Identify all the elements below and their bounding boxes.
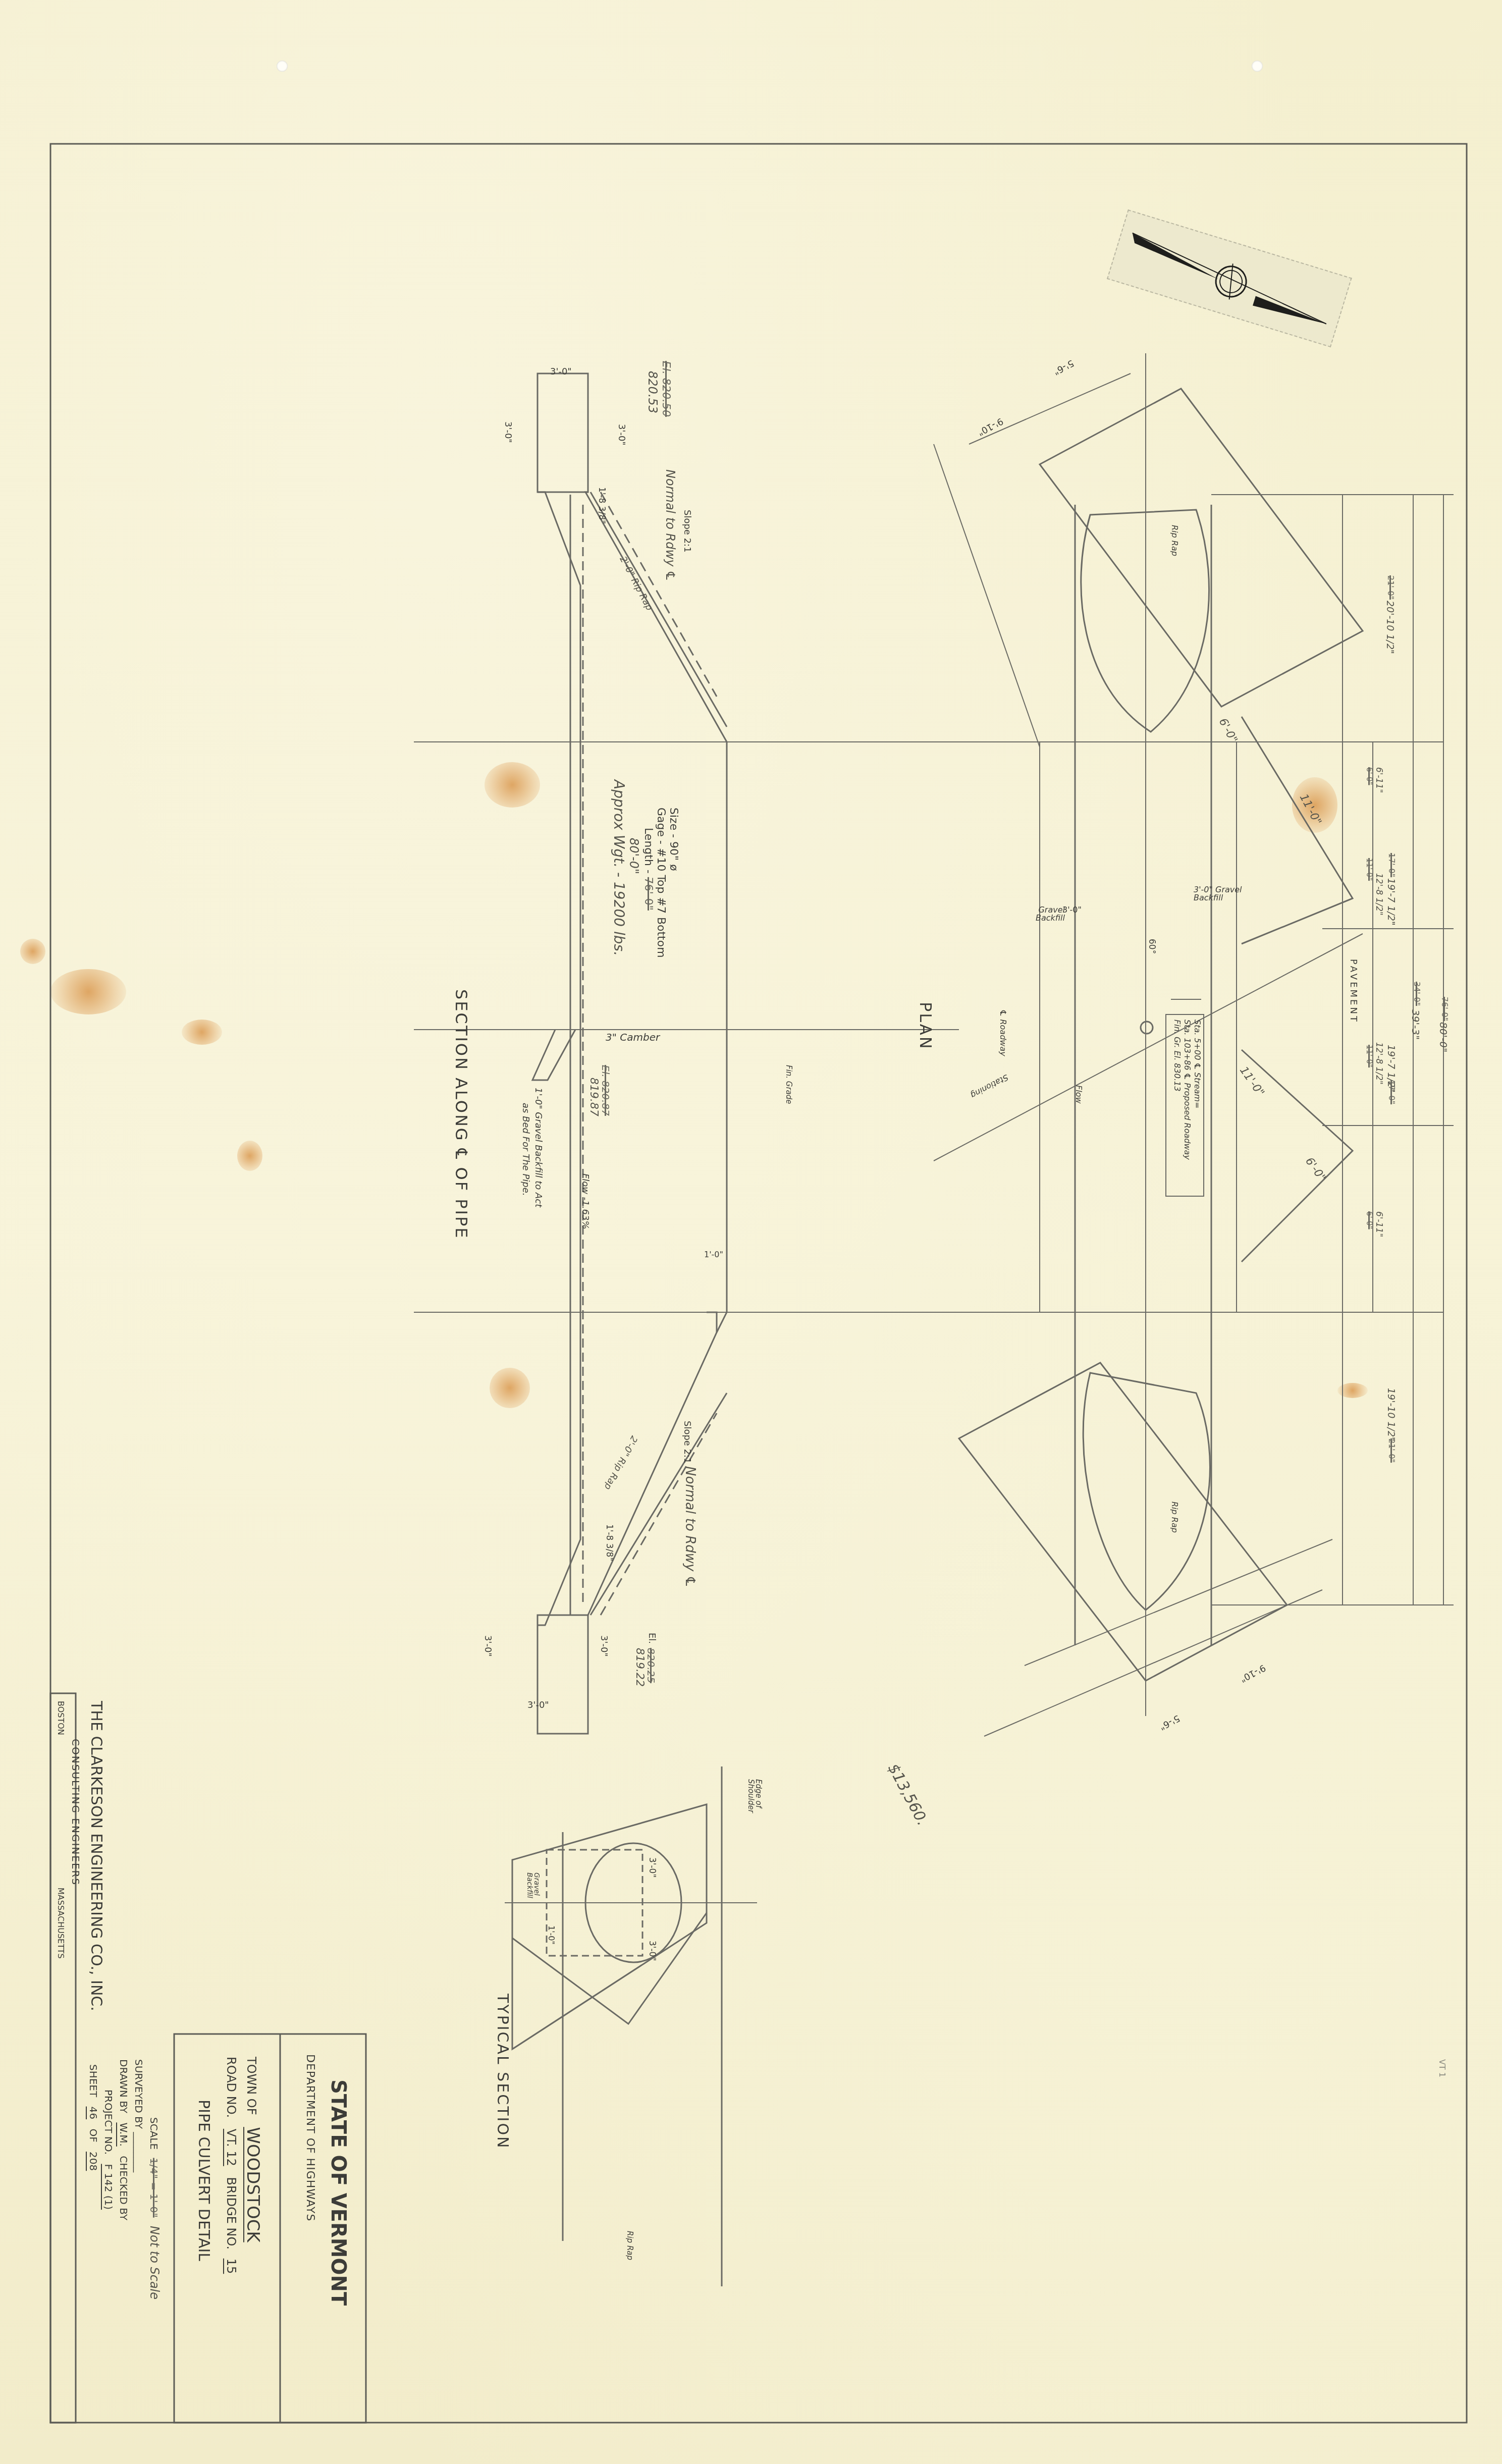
section-top-width-dim: 3'-0" (550, 367, 572, 377)
section-bottom-width-dim: 3'-0" (527, 1701, 549, 1710)
sheet-total: 208 (87, 2152, 99, 2171)
gravel-bed-note-1: 1'-0" Gravel Backfill to Act (533, 1088, 543, 1207)
bridge-label: BRIDGE NO. (224, 2177, 238, 2249)
agency-title: STATE OF VERMONT (328, 2079, 348, 2306)
plan-title: PLAN (918, 1002, 934, 1050)
dim-lane-top: 12'-8 1/2" (1374, 873, 1383, 916)
section-top-elevation-struck: El. 820.50 (660, 361, 671, 417)
drawn-by-label: DRAWN BY (118, 2059, 130, 2113)
dim-end-top-struck: 21'-0" (1386, 575, 1394, 600)
section-slope-bottom-note: Normal to Rdwy ℄ (683, 1466, 696, 1587)
dim-half-top: 19'-7 1/2" (1386, 878, 1396, 926)
drawing-sheet: STATE OF VERMONT DEPARTMENT OF HIGHWAYS … (0, 0, 1502, 2464)
gravel-backfill-right-label: 3'-0" Gravel Backfill (1194, 886, 1249, 902)
pipe-length-value: 80'-0" (628, 838, 640, 874)
mid-elevation-struck: El. 820.87 (601, 1065, 611, 1116)
typical-dim-bottom: 3'-0" (648, 1941, 656, 1961)
gravel-backfill-left-dim: 3'-0" (1062, 906, 1082, 914)
town-value: WOODSTOCK (243, 2127, 263, 2242)
typical-dim-bed: 1'-0" (547, 1925, 555, 1945)
gravel-bed-note-2: as Bed For The Pipe. (521, 1103, 530, 1196)
section-title: SECTION ALONG ℄ OF PIPE (453, 989, 469, 1240)
sheet-value: 46 (87, 2107, 99, 2119)
dim-center: 39'-3" (1411, 1009, 1421, 1040)
section-top-left-height-dim: 3'-0" (503, 421, 512, 443)
surveyed-row: SURVEYED BY ________ (134, 2059, 144, 2172)
typical-gravel-backfill-label: Gravel Backfill (526, 1872, 540, 1908)
gravel-backfill-left-label: Gravel Backfill (1009, 906, 1065, 922)
bottom-elevation-struck: 820.25 (646, 1648, 656, 1683)
pavement-label: PAVEMENT (1349, 959, 1358, 1024)
dim-shoulder-top-struck: 6'-0" (1365, 767, 1373, 785)
dim-lane-top-struck: 11'-0" (1365, 858, 1373, 881)
road-label: ROAD NO. (224, 2057, 238, 2118)
road-value: VT. 12 (224, 2129, 238, 2166)
pipe-length-struck: 76'-0" (642, 877, 655, 910)
section-top-right-height-dim: 3'-0" (617, 424, 626, 446)
typical-section-title: TYPICAL SECTION (495, 1994, 510, 2149)
section-slope-bottom: Slope 2:1 (682, 1421, 691, 1464)
project-value: F 142 (1) (102, 2164, 115, 2210)
sheet-row: SHEET 46 OF 208 (88, 2064, 98, 2171)
firm-name: THE CLARKESON ENGINEERING CO., INC. (88, 1701, 103, 2011)
flow-label: Flow (1075, 1085, 1083, 1104)
dim-shoulder-bottom: 6'-11" (1374, 1211, 1383, 1237)
dim-end-bottom: 19'-10 1/2" (1386, 1388, 1396, 1441)
department-title: DEPARTMENT OF HIGHWAYS (304, 2054, 315, 2222)
typical-rip-rap-label: Rip Rap (626, 2231, 633, 2260)
section-bottom-offset-dim: 1'-8 3/8" (605, 1524, 613, 1561)
pipe-size: Size - 90" ø (668, 808, 679, 871)
project-row: PROJECT NO. F 142 (1) (103, 2090, 114, 2210)
section-end-offset-dim: 1'-0" (704, 1251, 723, 1259)
road-row: ROAD NO. VT. 12 BRIDGE NO. 15 (225, 2057, 237, 2274)
sheet-title: PIPE CULVERT DETAIL (196, 2100, 211, 2261)
pipe-weight: Approx Wgt. - 19200 lbs. (612, 780, 626, 956)
camber-label: 3" Camber (606, 1032, 660, 1042)
bridge-value: 15 (224, 2259, 238, 2274)
section-slope-top-note: Normal to Rdwy ℄ (664, 469, 676, 581)
firm-city: BOSTON (57, 1701, 65, 1735)
firm-subtitle: CONSULTING ENGINEERS (71, 1739, 81, 1886)
dim-shoulder-top: 6'-11" (1374, 767, 1383, 793)
surveyed-by-label: SURVEYED BY (133, 2059, 145, 2129)
station-box-line-1: Sta. 5+00 ℄ Stream= (1193, 1020, 1201, 1109)
typical-section-lines (505, 1766, 757, 2286)
flow-grade-label: Flow -1.63% (580, 1173, 589, 1229)
dim-lane-bottom-struck: 11'-0" (1365, 1045, 1373, 1067)
roadway-centerline-label: ℄ Roadway (999, 1009, 1007, 1056)
drawn-row: DRAWN BY W.M. CHECKED BY (119, 2059, 129, 2220)
skew-angle-label: 60° (1147, 939, 1156, 954)
drawn-by-value: W.M. (118, 2122, 130, 2146)
dim-half-bottom-struck: 17'-0" (1387, 1080, 1396, 1104)
dim-shoulder-bottom-struck: 6'-0" (1365, 1211, 1373, 1229)
of-label: OF (87, 2128, 99, 2142)
section-view-lines (414, 373, 1443, 1734)
dim-overall-struck: 76'-0" (1440, 997, 1449, 1021)
dim-center-struck: 34'-0" (1413, 982, 1421, 1006)
town-row: TOWN OF WOODSTOCK (244, 2057, 261, 2242)
scale-struck-value: 1/4" = 1'-0" (148, 2158, 160, 2217)
pipe-length: Length - 76'-0" (642, 828, 654, 910)
mid-elevation: 819.87 (588, 1078, 599, 1116)
scale-row: SCALE 1/4" = 1'-0" Not to Scale (148, 2117, 160, 2299)
scale-label: SCALE (148, 2117, 160, 2150)
dim-end-bottom-struck: 21'-0" (1387, 1438, 1396, 1463)
bottom-elevation: 819.22 (634, 1648, 645, 1687)
sheet-label: SHEET (87, 2064, 99, 2097)
plan-rip-rap-top: Rip Rap (1170, 525, 1178, 556)
section-bottom-left-height-dim: 3'-0" (483, 1635, 492, 1657)
dim-lane-bottom: 12'-8 1/2" (1374, 1042, 1383, 1085)
dim-half-top-struck: 17'-0" (1387, 853, 1396, 877)
station-box-line-3: Fin. Gr. El. 830.13 (1173, 1020, 1181, 1091)
section-slope-top: Slope 2:1 (682, 510, 691, 553)
station-box-line-2: Sta. 103+86 ℄ Proposed Roadway (1183, 1020, 1191, 1160)
firm-state: MASSACHUSETTS (57, 1888, 65, 1959)
typical-dim-top: 3'-0" (648, 1857, 656, 1878)
section-top-offset-dim: 1'-8 3/8" (597, 487, 606, 524)
checked-by-label: CHECKED BY (118, 2156, 130, 2220)
town-label: TOWN OF (244, 2057, 258, 2115)
dim-end-top: 20'-10 1/2" (1385, 601, 1394, 654)
corner-mark: VT 1 (1438, 2059, 1446, 2077)
dim-overall: 80'-0" (1438, 1022, 1449, 1052)
project-label: PROJECT NO. (102, 2090, 115, 2155)
pipe-gage: Gage - #10 Top #7 Bottom (655, 808, 666, 958)
bottom-elevation-label: El. (647, 1633, 656, 1644)
section-bottom-right-height-dim: 3'-0" (599, 1635, 608, 1657)
edge-of-shoulder-label: Edge of Shoulder (747, 1779, 762, 1819)
scale-value: Not to Scale (147, 2226, 162, 2299)
section-top-elevation: 820.53 (647, 371, 659, 413)
plan-rip-rap-bottom: Rip Rap (1170, 1502, 1178, 1533)
fin-grade-label: Fin. Grade (785, 1065, 792, 1104)
